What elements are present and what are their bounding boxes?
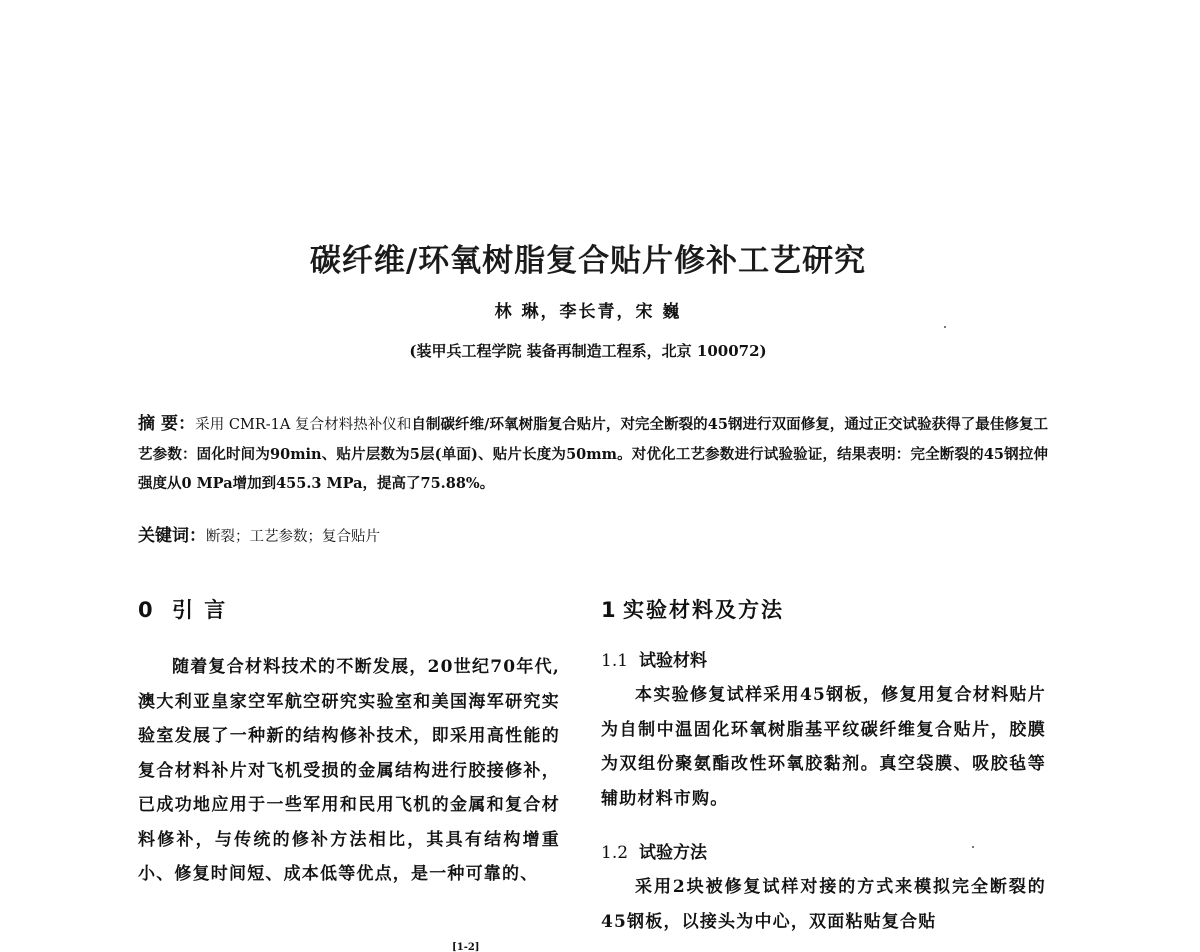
section-number: 0 <box>138 590 172 630</box>
introduction-paragraph: 随着复合材料技术的不断发展，20世纪70年代,澳大利亚皇家空军航空研究实验室和美… <box>138 650 560 892</box>
section-heading-materials-methods: 1实验材料及方法 <box>601 590 1046 630</box>
subsection-heading-materials: 1.1试验材料 <box>601 644 1046 678</box>
scan-speck <box>944 326 946 328</box>
methods-paragraph: 采用2块被修复试样对接的方式来模拟完全断裂的45钢板，以接头为中心，双面粘贴复合… <box>601 870 1046 939</box>
right-column: 1实验材料及方法 1.1试验材料 本实验修复试样采用45钢板，修复用复合材料贴片… <box>601 590 1046 939</box>
subsection-title: 试验方法 <box>639 843 707 863</box>
keywords-text: 断裂；工艺参数；复合贴片 <box>206 529 380 545</box>
author-list: 林 琳，李长青，宋 巍 <box>0 297 1176 322</box>
scan-speck <box>972 846 974 848</box>
materials-paragraph: 本实验修复试样采用45钢板，修复用复合材料贴片为自制中温固化环氧树脂基平纹碳纤维… <box>601 678 1046 816</box>
abstract-text-lead: 采用 CMR-1A 复合材料热补仪和 <box>195 417 411 433</box>
author-affiliation: (装甲兵工程学院 装备再制造工程系，北京 100072) <box>0 340 1176 361</box>
abstract: 摘 要：采用 CMR-1A 复合材料热补仪和自制碳纤维/环氧树脂复合贴片，对完全… <box>138 410 1048 498</box>
subsection-number: 1.1 <box>601 644 639 678</box>
left-column: 0引 言 随着复合材料技术的不断发展，20世纪70年代,澳大利亚皇家空军航空研究… <box>138 590 560 892</box>
section-heading-introduction: 0引 言 <box>138 590 560 630</box>
keywords: 关键词：断裂；工艺参数；复合贴片 <box>138 522 380 552</box>
section-title: 实验材料及方法 <box>623 598 784 622</box>
subsection-heading-methods: 1.2试验方法 <box>601 836 1046 870</box>
subsection-title: 试验材料 <box>639 651 707 671</box>
section-number: 1 <box>601 590 623 630</box>
keywords-label: 关键词： <box>138 526 206 546</box>
section-title: 引 言 <box>172 598 227 622</box>
citation-reference: [1-2] <box>452 942 480 952</box>
abstract-colon: ： <box>178 414 195 434</box>
abstract-label: 摘 要 <box>138 414 178 434</box>
paper-title: 碳纤维/环氧树脂复合贴片修补工艺研究 <box>0 235 1176 280</box>
subsection-number: 1.2 <box>601 836 639 870</box>
